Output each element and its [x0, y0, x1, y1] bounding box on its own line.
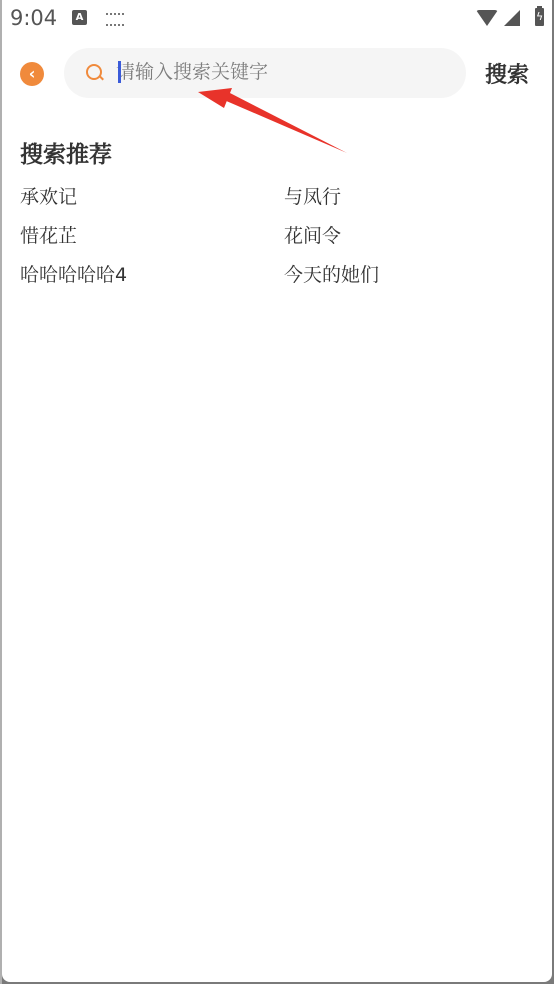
- recommendation-item[interactable]: 花间令: [284, 221, 341, 248]
- recommendation-item[interactable]: 惜花芷: [20, 221, 77, 248]
- phone-screen: 9:04 A ϟ ‹ 搜索 搜索推荐 承欢记 与凤行 惜花芷 花间令 哈哈哈哈哈…: [2, 0, 552, 982]
- recommendation-item[interactable]: 今天的她们: [284, 260, 379, 287]
- annotation-arrow-icon: [2, 0, 552, 200]
- recommendation-item[interactable]: 哈哈哈哈哈4: [20, 260, 127, 287]
